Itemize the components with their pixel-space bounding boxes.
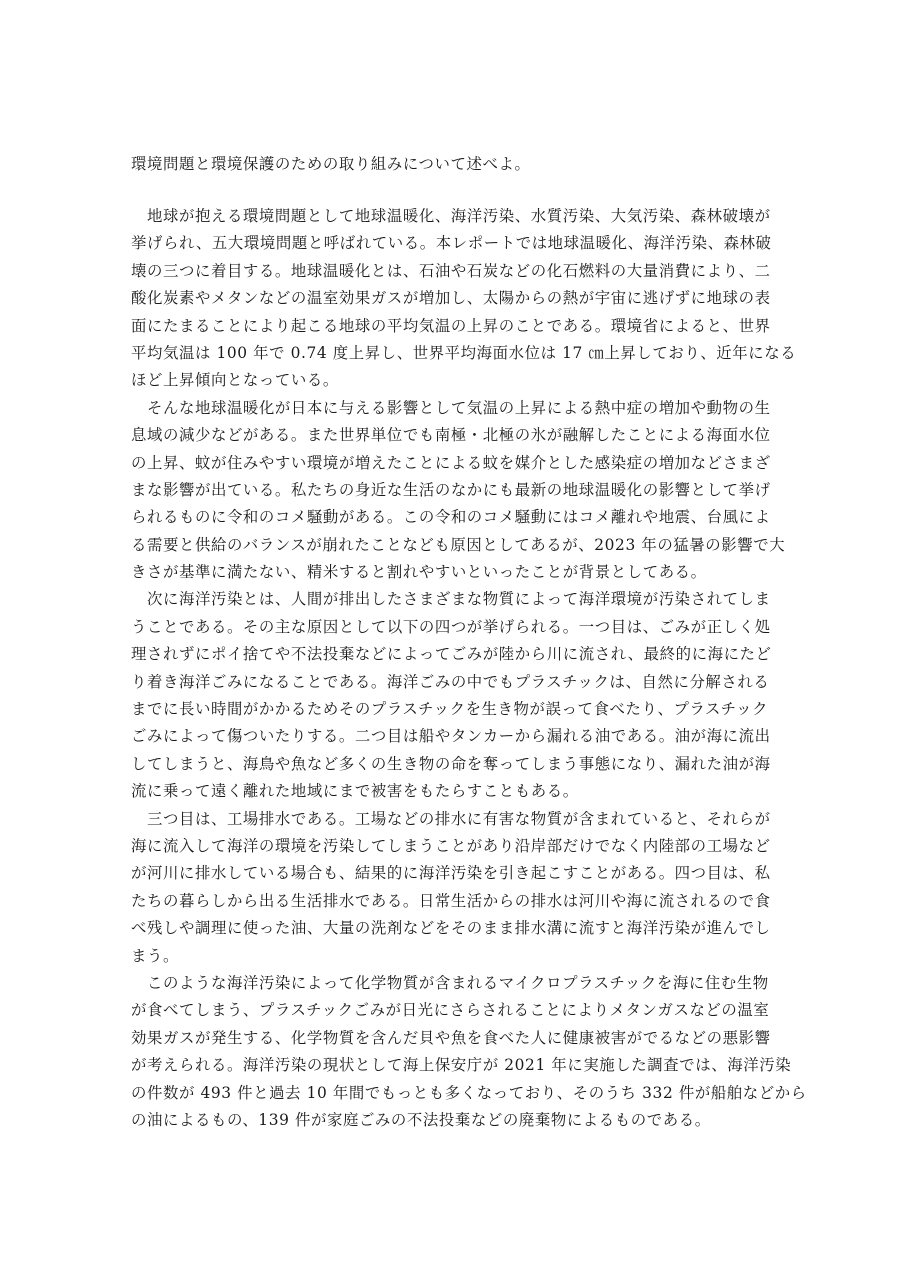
text-line: が考えられる。海洋汚染の現状として海上保安庁が 2021 年に実施した調査では、… <box>131 1052 781 1079</box>
text-line: る需要と供給のバランスが崩れたことなども原因としてあるが、2023 年の猛暑の影… <box>131 532 781 559</box>
paragraph-global-warming-effects: そんな地球温暖化が日本に与える影響として気温の上昇による熱中症の増加や動物の生 … <box>131 395 781 587</box>
text-line: うことである。その主な原因として以下の四つが挙げられる。一つ目は、ごみが正しく処 <box>131 614 781 641</box>
text-line: 壊の三つに着目する。地球温暖化とは、石油や石炭などの化石燃料の大量消費により、二 <box>131 258 781 285</box>
text-line: 平均気温は 100 年で 0.74 度上昇し、世界平均海面水位は 17 ㎝上昇し… <box>131 340 781 367</box>
text-line: きさが基準に満たない、精米すると割れやすいといったことが背景としてある。 <box>131 559 781 586</box>
text-line: たちの暮らしから出る生活排水である。日常生活からの排水は河川や海に流されるので食 <box>131 888 781 915</box>
document-body: 環境問題と環境保護のための取り組みについて述べよ。 地球が抱える環境問題として地… <box>131 151 781 1134</box>
paragraph-ocean-pollution-impacts: このような海洋汚染によって化学物質が含まれるマイクロプラスチックを海に住む生物 … <box>131 970 781 1134</box>
document-title: 環境問題と環境保護のための取り組みについて述べよ。 <box>131 151 781 178</box>
text-line: 息域の減少などがある。また世界単位でも南極・北極の氷が融解したことによる海面水位 <box>131 422 781 449</box>
text-line: り着き海洋ごみになることである。海洋ごみの中でもプラスチックは、自然に分解される <box>131 669 781 696</box>
text-line: まな影響が出ている。私たちの身近な生活のなかにも最新の地球温暖化の影響として挙げ <box>131 477 781 504</box>
text-line: してしまうと、海鳥や魚など多くの生き物の命を奪ってしまう事態になり、漏れた油が海 <box>131 751 781 778</box>
text-line: ほど上昇傾向となっている。 <box>131 367 781 394</box>
text-line: 三つ目は、工場排水である。工場などの排水に有害な物質が含まれていると、それらが <box>131 806 781 833</box>
paragraph-global-warming-intro: 地球が抱える環境問題として地球温暖化、海洋汚染、水質汚染、大気汚染、森林破壊が … <box>131 203 781 395</box>
text-line: の油によるもの、139 件が家庭ごみの不法投棄などの廃棄物によるものである。 <box>131 1107 781 1134</box>
text-line: までに長い時間がかかるためそのプラスチックを生き物が誤って食べたり、プラスチック <box>131 696 781 723</box>
text-line: が食べてしまう、プラスチックごみが日光にさらされることによりメタンガスなどの温室 <box>131 997 781 1024</box>
text-line: 流に乗って遠く離れた地域にまで被害をもたらすこともある。 <box>131 778 781 805</box>
text-line: られるものに令和のコメ騒動がある。この令和のコメ騒動にはコメ離れや地震、台風によ <box>131 504 781 531</box>
text-line: 次に海洋汚染とは、人間が排出したさまざまな物質によって海洋環境が汚染されてしま <box>131 586 781 613</box>
text-line: が河川に排水している場合も、結果的に海洋汚染を引き起こすことがある。四つ目は、私 <box>131 860 781 887</box>
text-line: の上昇、蚊が住みやすい環境が増えたことによる蚊を媒介とした感染症の増加などさまざ <box>131 450 781 477</box>
text-line: 理されずにポイ捨てや不法投棄などによってごみが陸から川に流され、最終的に海にたど <box>131 641 781 668</box>
title-spacer <box>131 178 781 203</box>
document-page: 環境問題と環境保護のための取り組みについて述べよ。 地球が抱える環境問題として地… <box>0 0 905 1280</box>
text-line: 挙げられ、五大環境問題と呼ばれている。本レポートでは地球温暖化、海洋汚染、森林破 <box>131 230 781 257</box>
text-line: ごみによって傷ついたりする。二つ目は船やタンカーから漏れる油である。油が海に流出 <box>131 723 781 750</box>
text-line: べ残しや調理に使った油、大量の洗剤などをそのまま排水溝に流すと海洋汚染が進んでし <box>131 915 781 942</box>
text-line: まう。 <box>131 943 781 970</box>
text-line: の件数が 493 件と過去 10 年間でもっとも多くなっており、そのうち 332… <box>131 1080 781 1107</box>
paragraph-ocean-pollution-causes: 次に海洋汚染とは、人間が排出したさまざまな物質によって海洋環境が汚染されてしま … <box>131 586 781 805</box>
text-line: 酸化炭素やメタンなどの温室効果ガスが増加し、太陽からの熱が宇宙に逃げずに地球の表 <box>131 285 781 312</box>
text-line: 海に流入して海洋の環境を汚染してしまうことがあり沿岸部だけでなく内陸部の工場など <box>131 833 781 860</box>
text-line: 面にたまることにより起こる地球の平均気温の上昇のことである。環境省によると、世界 <box>131 313 781 340</box>
text-line: 効果ガスが発生する、化学物質を含んだ貝や魚を食べた人に健康被害がでるなどの悪影響 <box>131 1025 781 1052</box>
text-line: 地球が抱える環境問題として地球温暖化、海洋汚染、水質汚染、大気汚染、森林破壊が <box>131 203 781 230</box>
text-line: このような海洋汚染によって化学物質が含まれるマイクロプラスチックを海に住む生物 <box>131 970 781 997</box>
paragraph-ocean-pollution-drainage: 三つ目は、工場排水である。工場などの排水に有害な物質が含まれていると、それらが … <box>131 806 781 970</box>
text-line: そんな地球温暖化が日本に与える影響として気温の上昇による熱中症の増加や動物の生 <box>131 395 781 422</box>
